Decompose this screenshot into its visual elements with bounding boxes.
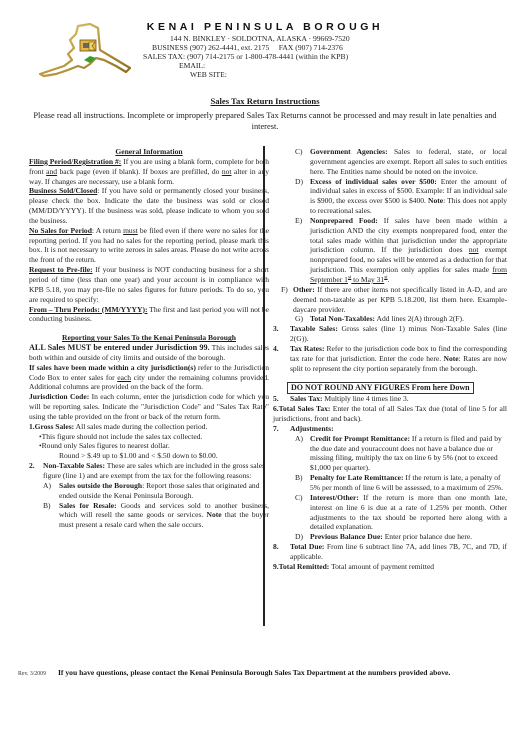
- sales-tax-phone-line: SALES TAX: (907) 714-2175 or 1-800-478-4…: [143, 52, 348, 61]
- organization-name: KENAI PENINSULA BOROUGH: [145, 21, 385, 33]
- business-phone-line: BUSINESS (907) 262-4441, ext. 2175 FAX (…: [152, 43, 343, 52]
- item-9-total-remitted: 9.Total Remitted: Total amount of paymen…: [273, 562, 507, 572]
- filing-period-paragraph: Filing Period/Registration #: If you are…: [29, 157, 269, 187]
- item-3-taxable-sales: 3. Taxable Sales: Gross sales (line 1) m…: [273, 324, 507, 344]
- item-8-total-due: 8. Total Due: From line 6 subtract line …: [273, 542, 507, 562]
- from-thru-paragraph: From – Thru Periods: (MM/YYYY): The firs…: [29, 305, 269, 325]
- item-7-adjustments: 7. Adjustments:: [273, 424, 507, 434]
- reporting-heading: Reporting your Sales To the Kenai Penins…: [29, 333, 269, 343]
- page-title: Sales Tax Return Instructions: [0, 96, 530, 106]
- contact-message: If you have questions, please contact th…: [58, 668, 450, 677]
- sub-item-g: G) Total Non-Taxables: Add lines 2(A) th…: [281, 314, 507, 324]
- sub-item-b: B) Sales for Resale: Goods and services …: [29, 501, 269, 531]
- left-column: General Information Filing Period/Regist…: [29, 147, 269, 530]
- adjustment-b: B) Penalty for Late Remittance: If the r…: [281, 473, 507, 493]
- alaska-map-logo-icon: [38, 20, 133, 78]
- revision-label: Rev. 3/2009: [18, 671, 46, 677]
- item-5-sales-tax: 5. Sales Tax: Multiply line 4 times line…: [273, 394, 507, 404]
- sub-item-f: F) Other: If there are other items not s…: [281, 285, 507, 315]
- gross-sales-item: 1.Gross Sales: All sales made during the…: [29, 422, 269, 432]
- prefile-paragraph: Request to Pre-file: If your business is…: [29, 265, 269, 304]
- no-round-notice: DO NOT ROUND ANY FIGURES From here Down: [281, 382, 507, 394]
- item-6-total-sales-tax: 6.Total Sales Tax: Enter the total of al…: [273, 404, 507, 424]
- adjustment-d: D) Previous Balance Due: Enter prior bal…: [281, 532, 507, 542]
- all-sales-paragraph: ALL Sales MUST be entered under Jurisdic…: [29, 343, 269, 363]
- sub-item-d: D) Excess of individual sales over $500:…: [281, 177, 507, 216]
- address-line: 144 N. BINKLEY · SOLDOTNA, ALASKA · 9966…: [170, 34, 350, 43]
- jurisdiction-code-paragraph: Jurisdiction Code: In each column, enter…: [29, 392, 269, 422]
- rounding-rule: Round > $.49 up to $1.00 and < $.50 down…: [29, 451, 269, 461]
- no-sales-paragraph: No Sales for Period: A return must be fi…: [29, 226, 269, 265]
- gross-bullet: •Round only Sales figures to nearest dol…: [29, 441, 269, 451]
- item-4-tax-rates: 4. Tax Rates: Refer to the jurisdiction …: [273, 344, 507, 374]
- non-taxable-item: 2. Non-Taxable Sales: These are sales wh…: [29, 461, 269, 481]
- adjustment-c: C) Interest/Other: If the return is more…: [281, 493, 507, 532]
- gross-bullet: •This figure should not include the sale…: [29, 432, 269, 442]
- email-label: EMAIL:: [179, 61, 205, 70]
- general-info-heading: General Information: [29, 147, 269, 157]
- website-label: WEB SITE:: [190, 70, 227, 79]
- footer: Rev. 3/2009 If you have questions, pleas…: [18, 662, 518, 680]
- sub-item-a: A) Sales outside the Borough: Report tho…: [29, 481, 269, 501]
- sub-item-c: C) Government Agencies: Sales to federal…: [281, 147, 507, 177]
- right-column: C) Government Agencies: Sales to federal…: [281, 147, 507, 572]
- adjustment-a: A) Credit for Prompt Remittance: If a re…: [281, 434, 507, 473]
- intro-paragraph: Please read all instructions. Incomplete…: [30, 111, 500, 132]
- business-sold-paragraph: Business Sold/Closed: If you have sold o…: [29, 186, 269, 225]
- sub-item-e: E) Nonprepared Food: If sales have been …: [281, 216, 507, 285]
- city-jurisdiction-paragraph: If sales have been made within a city ju…: [29, 363, 269, 393]
